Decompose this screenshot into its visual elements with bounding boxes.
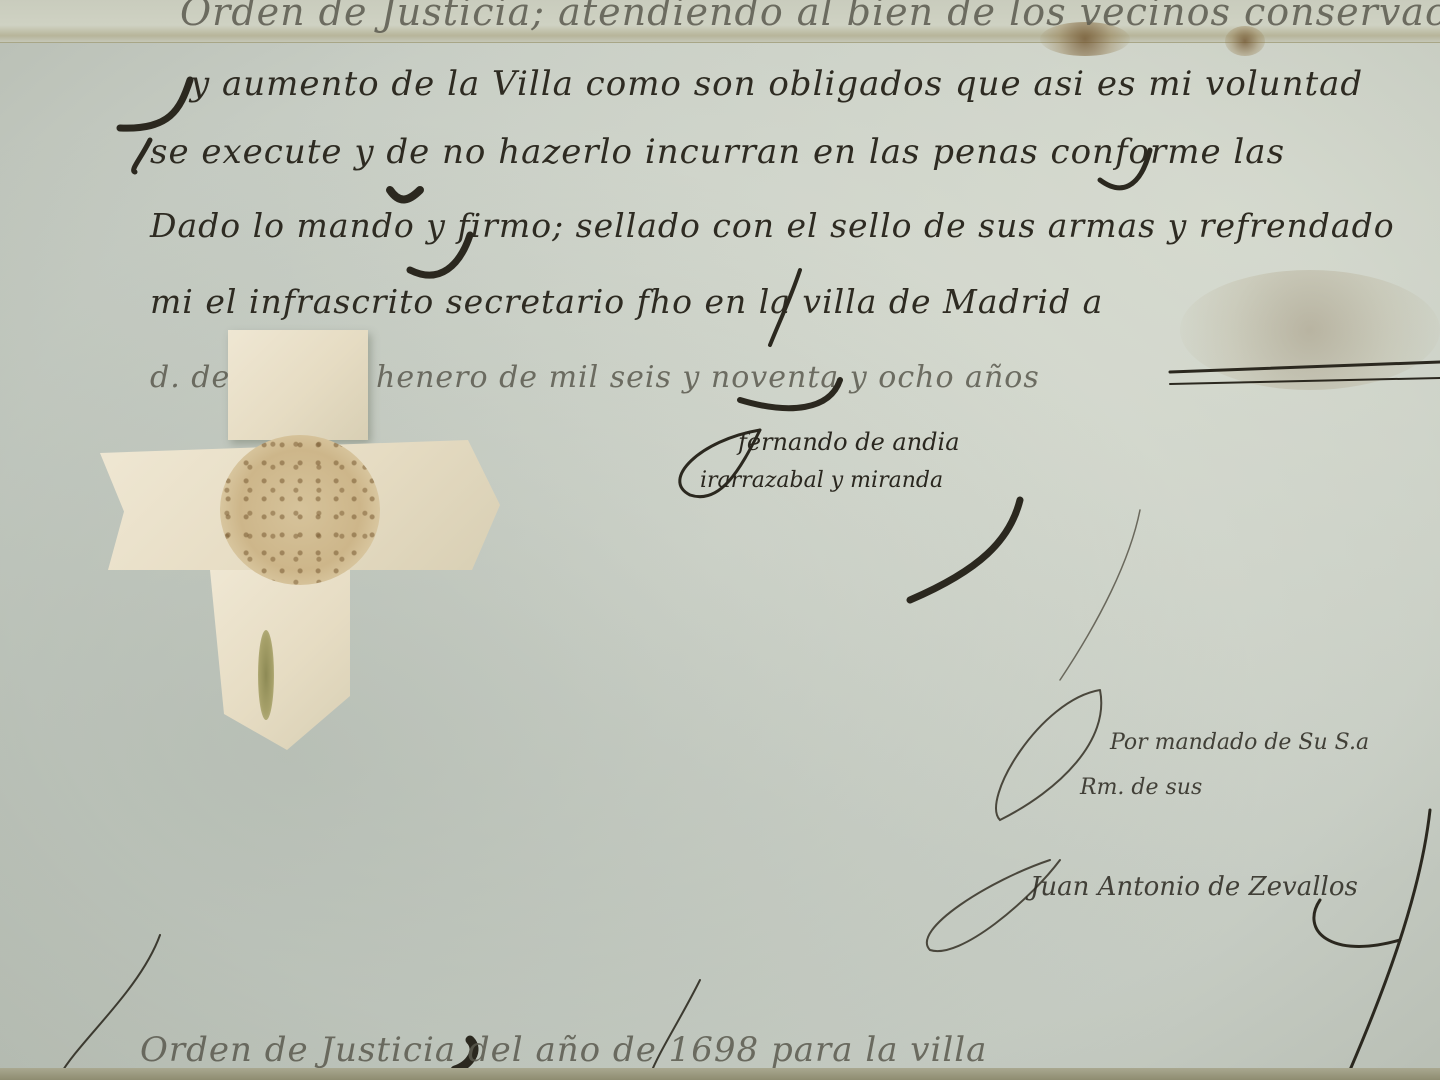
body-line-3: se execute y de no hazerlo incurran en l… bbox=[150, 132, 1285, 172]
water-stain bbox=[1180, 270, 1440, 390]
main-signature-line-2: irarrazabal y miranda bbox=[700, 468, 943, 493]
docket-line: Orden de Justicia del año de 1698 para l… bbox=[140, 1030, 987, 1070]
wax-seal bbox=[80, 330, 520, 760]
body-line-4: Dado lo mando y firmo; sellado con el se… bbox=[150, 206, 1395, 245]
secondary-signature-line-3: Juan Antonio de Zevallos bbox=[1030, 872, 1358, 902]
seal-arm-bottom bbox=[210, 570, 350, 750]
body-line-2: y aumento de la Villa como son obligados… bbox=[190, 64, 1363, 104]
seal-slit bbox=[258, 630, 274, 720]
body-line-5: mi el infrascrito secretario fho en la v… bbox=[150, 282, 1103, 321]
secondary-signature-line-2: Rm. de sus bbox=[1080, 775, 1202, 800]
seal-arm-top bbox=[228, 330, 368, 440]
main-signature-line-1: fernando de andia bbox=[738, 428, 960, 456]
seal-wax-disc bbox=[220, 435, 380, 585]
bottom-edge bbox=[0, 1068, 1440, 1080]
secondary-signature-line-1: Por mandado de Su S.a bbox=[1110, 730, 1369, 755]
body-line-1: Orden de Justicia; atendiendo al bien de… bbox=[180, 0, 1440, 34]
manuscript-page: Orden de Justicia; atendiendo al bien de… bbox=[0, 0, 1440, 1080]
